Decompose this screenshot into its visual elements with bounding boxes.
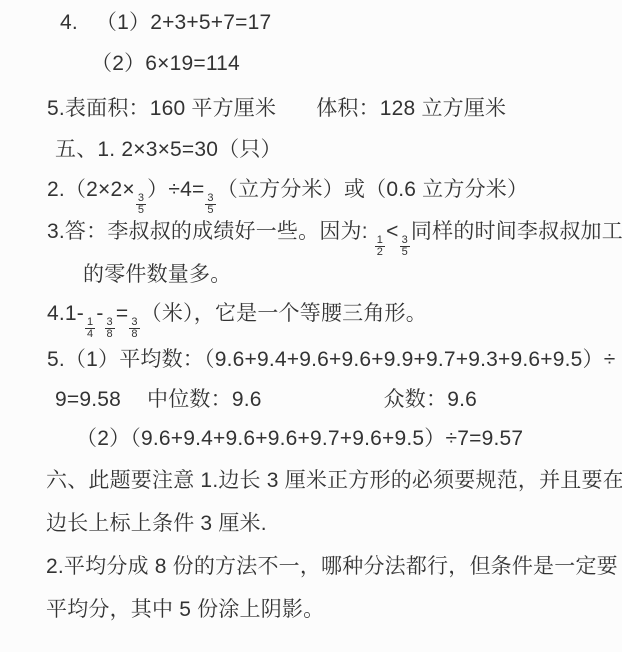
answer-line-5-surface-volume: 5.表面积：160 平方厘米体积：128 立方厘米 — [47, 96, 506, 122]
denominator: 8 — [105, 329, 115, 341]
answer-line-section5-q5-stats: 9=9.58中位数：9.6众数：9.6 — [55, 387, 477, 413]
answer-expression: 5.（1）平均数：（9.6+9.4+9.6+9.6+9.9+9.7+9.3+9.… — [47, 348, 615, 371]
answer-line-section5-q5-2: （2）（9.6+9.4+9.6+9.6+9.7+9.6+9.5）÷7=9.57 — [76, 426, 523, 452]
surface-area-answer: 5.表面积：160 平方厘米 — [47, 97, 276, 120]
answer-line-section5-q1: 五、1. 2×3×5=30（只） — [55, 137, 282, 163]
answer-expression: 4.1- — [47, 302, 84, 325]
denominator: 5 — [400, 247, 410, 259]
fraction: 38 — [105, 317, 115, 341]
fraction: 14 — [85, 317, 95, 341]
median-answer: 中位数：9.6 — [147, 388, 262, 411]
fraction: 38 — [129, 317, 139, 341]
denominator: 2 — [375, 247, 385, 259]
answer-expression: （2）（9.6+9.4+9.6+9.6+9.7+9.6+9.5）÷7=9.57 — [76, 427, 523, 450]
comparison-operator: < — [386, 220, 398, 243]
answer-line-4-2: （2）6×19=114 — [91, 51, 240, 77]
answer-line-section5-q5-mean: 5.（1）平均数：（9.6+9.4+9.6+9.6+9.9+9.7+9.3+9.… — [47, 347, 615, 373]
answer-expression: ）÷4= — [147, 178, 204, 201]
fraction: 35 — [136, 193, 146, 217]
denominator: 5 — [205, 205, 215, 217]
fraction: 35 — [400, 235, 410, 259]
answer-expression: 2.（2×2× — [47, 178, 135, 201]
answer-expression: - — [96, 302, 103, 325]
answer-sheet-page: 4.（1）2+3+5+7=17 （2）6×19=114 5.表面积：160 平方… — [0, 0, 622, 652]
answer-line-section6-note2: 2.平均分成 8 份的方法不一，哪种分法都行，但条件是一定要 — [46, 554, 618, 580]
denominator: 5 — [136, 205, 146, 217]
answer-expression: （米），它是一个等腰三角形。 — [141, 302, 427, 325]
fraction: 12 — [375, 235, 385, 259]
volume-answer: 体积：128 立方厘米 — [316, 97, 506, 120]
answer-line-section5-q2: 2.（2×2×35）÷4=35（立方分米）或（0.6 立方分米） — [47, 177, 528, 217]
answer-line-section5-q3: 3.答：李叔叔的成绩好一些。因为: 12<35同样的时间李叔叔加工 — [47, 219, 622, 259]
denominator: 8 — [129, 329, 139, 341]
answer-line-section6-note2-cont: 平均分，其中 5 份涂上阴影。 — [46, 597, 324, 623]
answer-expression: （1）2+3+5+7=17 — [96, 11, 271, 34]
answer-text: 3.答：李叔叔的成绩好一些。因为: — [47, 220, 374, 243]
answer-expression: 五、1. 2×3×5=30（只） — [55, 138, 282, 161]
denominator: 4 — [85, 329, 95, 341]
answer-line-section6-note1: 六、此题要注意 1.边长 3 厘米正方形的必须要规范，并且要在 — [46, 468, 622, 494]
answer-expression: （立方分米）或（0.6 立方分米） — [217, 178, 528, 201]
question-number: 4. — [60, 11, 78, 34]
mode-answer: 众数：9.6 — [384, 388, 477, 411]
answer-text: 边长上标上条件 3 厘米. — [46, 512, 267, 535]
answer-line-4: 4.（1）2+3+5+7=17 — [60, 10, 271, 36]
answer-line-section5-q3-cont: 的零件数量多。 — [83, 262, 231, 288]
answer-expression: = — [116, 302, 128, 325]
answer-text: 的零件数量多。 — [83, 263, 231, 286]
answer-line-section5-q4: 4.1-14-38=38（米），它是一个等腰三角形。 — [47, 301, 427, 341]
fraction: 35 — [205, 193, 215, 217]
answer-expression: （2）6×19=114 — [91, 52, 240, 75]
answer-text: 平均分，其中 5 份涂上阴影。 — [46, 598, 324, 621]
mean-result: 9=9.58 — [55, 388, 121, 411]
answer-text: 2.平均分成 8 份的方法不一，哪种分法都行，但条件是一定要 — [46, 555, 618, 578]
answer-text: 同样的时间李叔叔加工 — [411, 220, 622, 243]
answer-line-section6-note1-cont: 边长上标上条件 3 厘米. — [46, 511, 267, 537]
answer-text: 六、此题要注意 1.边长 3 厘米正方形的必须要规范，并且要在 — [46, 469, 622, 492]
